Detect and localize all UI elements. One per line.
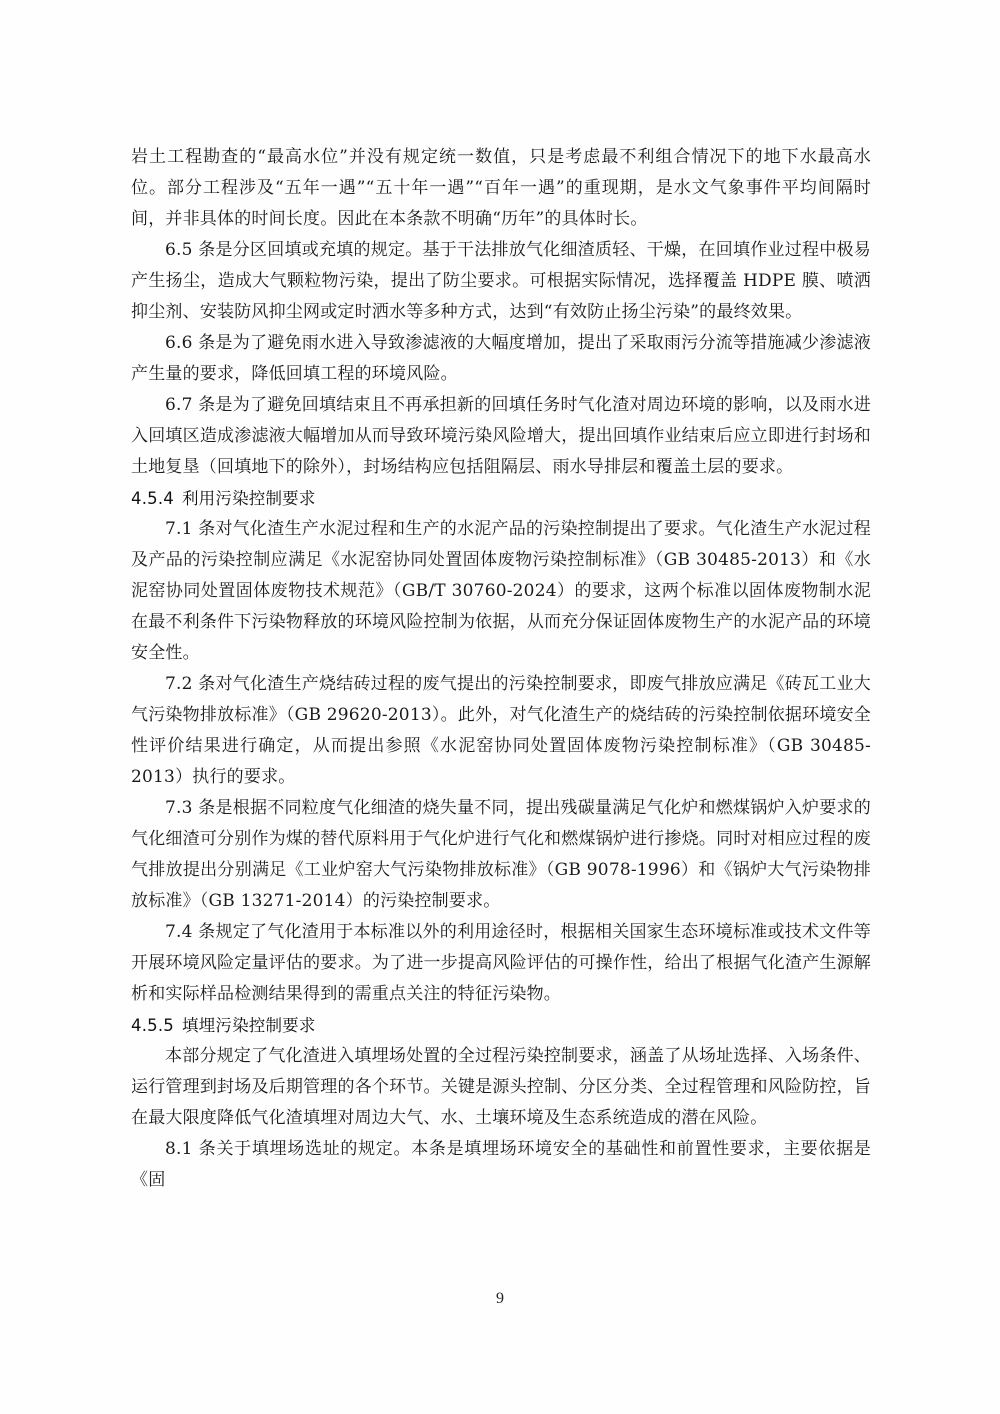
section-heading-4-5-5: 4.5.5填埋污染控制要求 xyxy=(131,1010,871,1041)
section-title: 利用污染控制要求 xyxy=(182,489,316,508)
paragraph-clause-7-4: 7.4 条规定了气化渣用于本标准以外的利用途径时，根据相关国家生态环境标准或技术… xyxy=(131,917,871,1010)
paragraph-clause-6-5: 6.5 条是分区回填或充填的规定。基于干法排放气化细渣质轻、干燥，在回填作业过程… xyxy=(131,235,871,328)
paragraph-clause-7-2: 7.2 条对气化渣生产烧结砖过程的废气提出的污染控制要求，即废气排放应满足《砖瓦… xyxy=(131,669,871,793)
paragraph-highest-water-level: 岩土工程勘查的“最高水位”并没有规定统一数值，只是考虑最不利组合情况下的地下水最… xyxy=(131,142,871,235)
section-number: 4.5.4 xyxy=(131,489,174,508)
document-page: 岩土工程勘查的“最高水位”并没有规定统一数值，只是考虑最不利组合情况下的地下水最… xyxy=(0,0,1000,1414)
page-body: 岩土工程勘查的“最高水位”并没有规定统一数值，只是考虑最不利组合情况下的地下水最… xyxy=(131,142,871,1196)
paragraph-clause-7-3: 7.3 条是根据不同粒度气化细渣的烧失量不同，提出残碳量满足气化炉和燃煤锅炉入炉… xyxy=(131,793,871,917)
section-heading-4-5-4: 4.5.4利用污染控制要求 xyxy=(131,483,871,514)
section-number: 4.5.5 xyxy=(131,1016,174,1035)
paragraph-landfill-overview: 本部分规定了气化渣进入填埋场处置的全过程污染控制要求，涵盖了从场址选择、入场条件… xyxy=(131,1041,871,1134)
paragraph-clause-7-1: 7.1 条对气化渣生产水泥过程和生产的水泥产品的污染控制提出了要求。气化渣生产水… xyxy=(131,514,871,669)
paragraph-clause-8-1: 8.1 条关于填埋场选址的规定。本条是填埋场环境安全的基础性和前置性要求，主要依… xyxy=(131,1134,871,1196)
section-title: 填埋污染控制要求 xyxy=(182,1016,316,1035)
paragraph-clause-6-7: 6.7 条是为了避免回填结束且不再承担新的回填任务时气化渣对周边环境的影响，以及… xyxy=(131,390,871,483)
paragraph-clause-6-6: 6.6 条是为了避免雨水进入导致渗滤液的大幅度增加，提出了采取雨污分流等措施减少… xyxy=(131,328,871,390)
page-number: 9 xyxy=(0,1290,1000,1308)
